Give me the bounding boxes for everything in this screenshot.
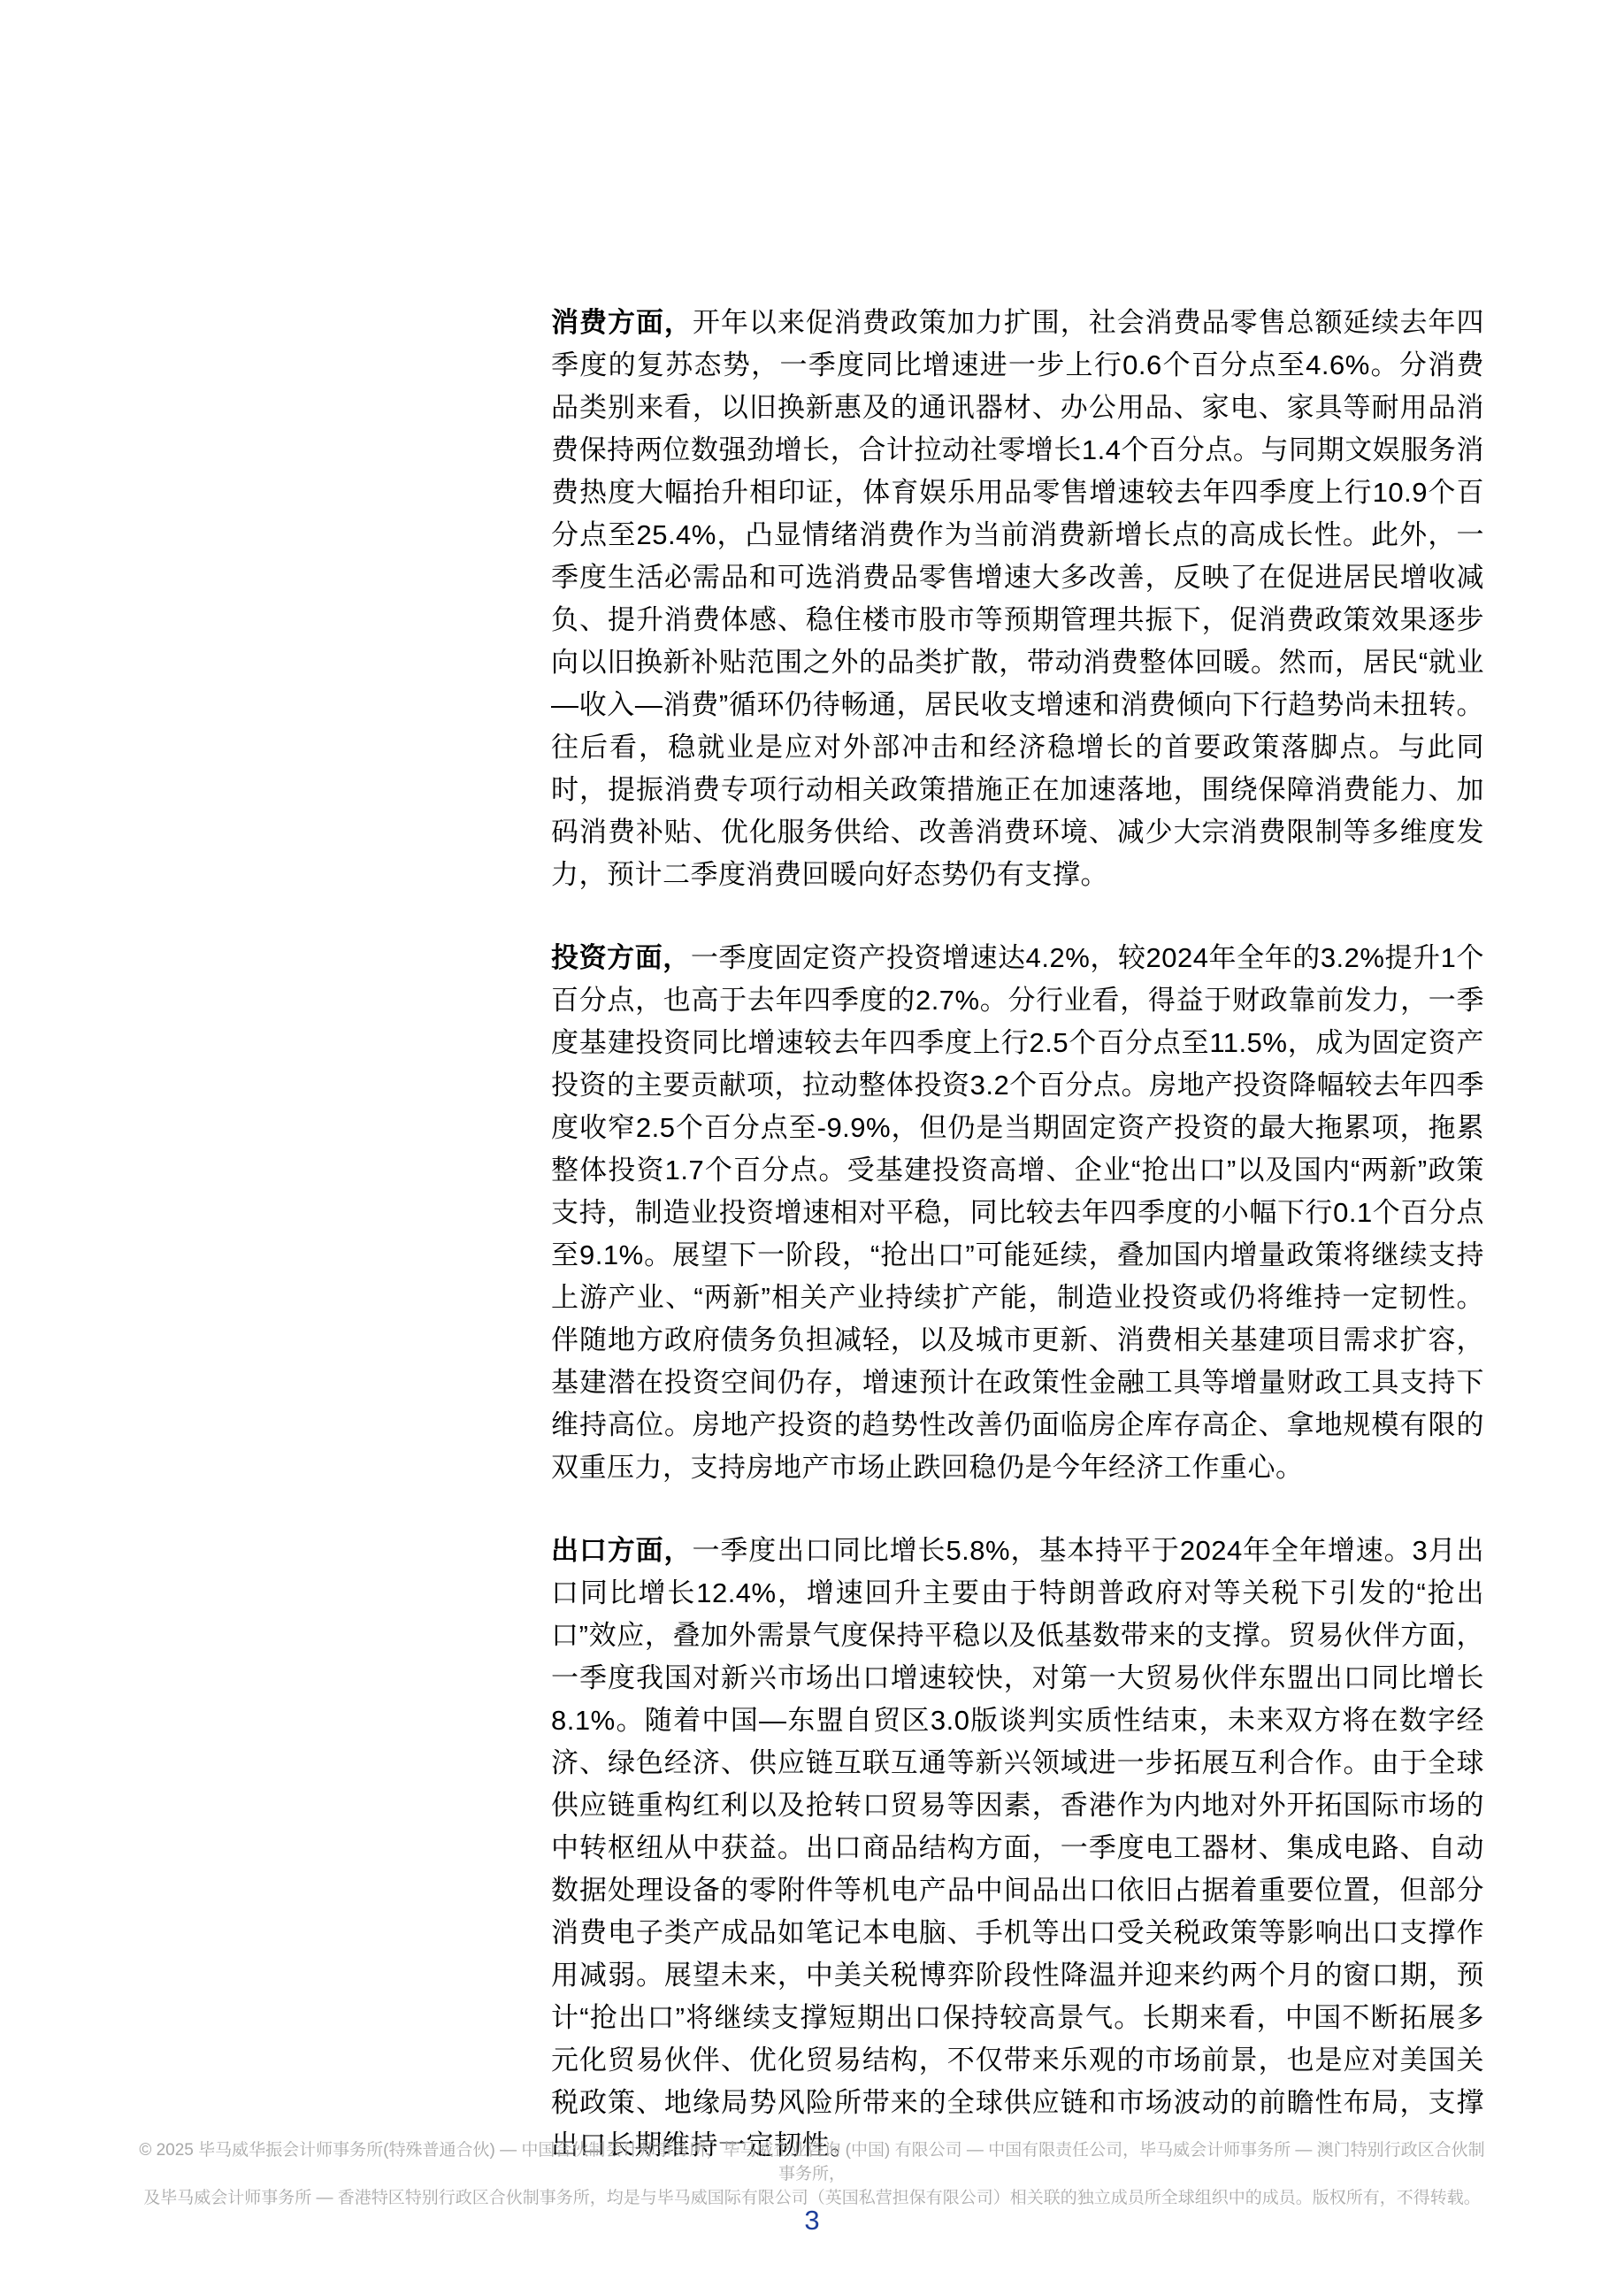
copyright-footer-line1: © 2025 毕马威华振会计师事务所(特殊普通合伙) — 中国合伙制会计师事务所…	[135, 2138, 1489, 2186]
paragraph-consumption-lead: 消费方面，	[551, 307, 693, 338]
paragraph-consumption-body: 开年以来促消费政策加力扩围，社会消费品零售总额延续去年四季度的复苏态势，一季度同…	[551, 307, 1484, 890]
body-text: 消费方面，开年以来促消费政策加力扩围，社会消费品零售总额延续去年四季度的复苏态势…	[551, 302, 1484, 2207]
paragraph-export-body: 一季度出口同比增长5.8%，基本持平于2024年全年增速。3月出口同比增长12.…	[551, 1535, 1484, 2160]
paragraph-consumption: 消费方面，开年以来促消费政策加力扩围，社会消费品零售总额延续去年四季度的复苏态势…	[551, 302, 1484, 896]
paragraph-export-lead: 出口方面，	[551, 1535, 692, 1566]
page-number: 3	[0, 2205, 1624, 2237]
document-page: 消费方面，开年以来促消费政策加力扩围，社会消费品零售总额延续去年四季度的复苏态势…	[0, 0, 1624, 2279]
paragraph-investment-body: 一季度固定资产投资增速达4.2%，较2024年全年的3.2%提升1个百分点，也高…	[551, 942, 1484, 1483]
paragraph-investment-lead: 投资方面，	[551, 942, 691, 973]
copyright-footer: © 2025 毕马威华振会计师事务所(特殊普通合伙) — 中国合伙制会计师事务所…	[135, 2138, 1489, 2210]
paragraph-export: 出口方面，一季度出口同比增长5.8%，基本持平于2024年全年增速。3月出口同比…	[551, 1530, 1484, 2167]
paragraph-investment: 投资方面，一季度固定资产投资增速达4.2%，较2024年全年的3.2%提升1个百…	[551, 937, 1484, 1489]
